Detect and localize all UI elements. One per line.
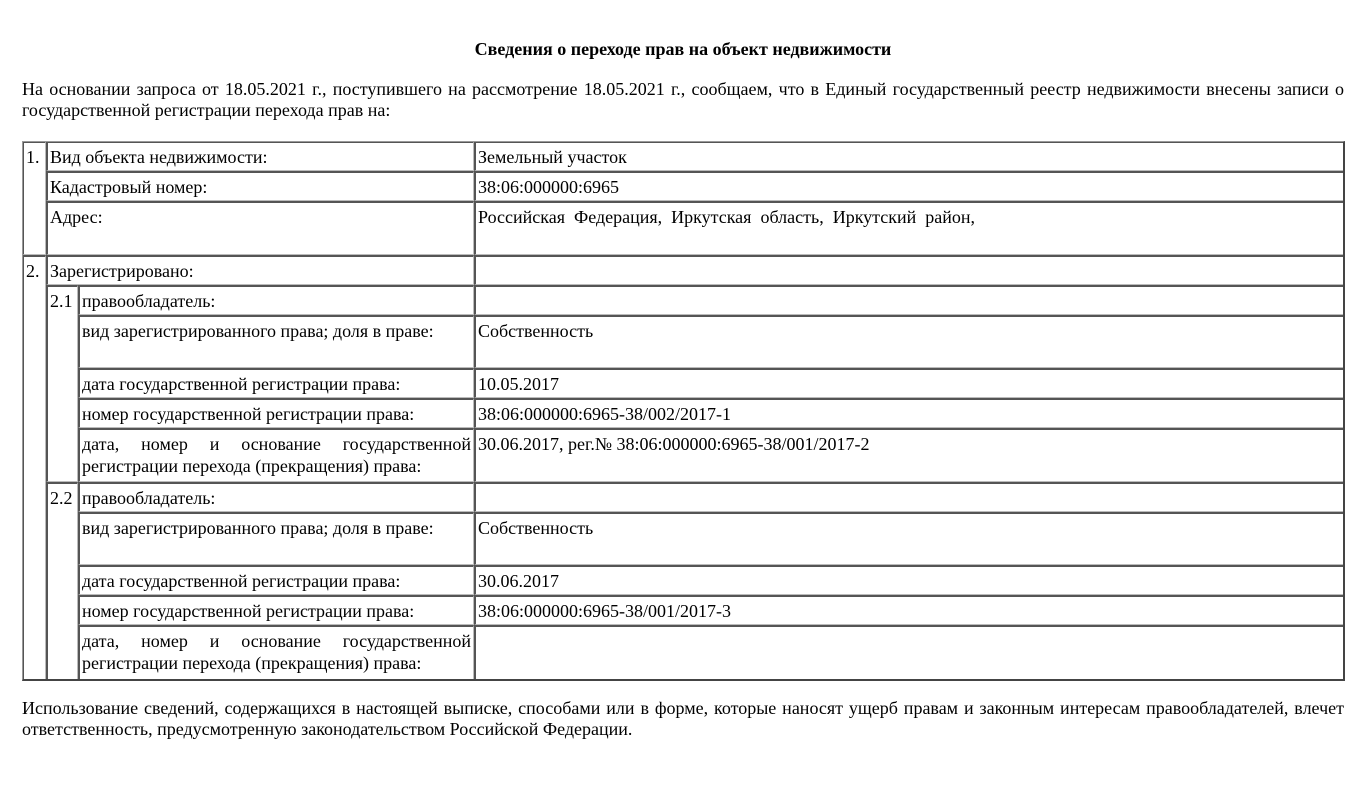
label-address: Адрес: <box>46 201 474 255</box>
value-registration-number: 38:06:000000:6965-38/001/2017-3 <box>474 595 1345 625</box>
label-transfer-basis: дата, номер и основание государственной … <box>78 625 474 680</box>
footer-disclaimer: Использование сведений, содержащихся в н… <box>22 698 1344 740</box>
label-right-type: вид зарегистрированного права; доля в пр… <box>78 315 474 368</box>
label-registered: Зарегистрировано: <box>46 255 474 285</box>
label-object-type: Вид объекта недвижимости: <box>46 141 474 171</box>
label-transfer-basis: дата, номер и основание государственной … <box>78 428 474 482</box>
label-registration-number: номер государственной регистрации права: <box>78 398 474 428</box>
value-rightholder <box>474 285 1345 315</box>
document-title: Сведения о переходе прав на объект недви… <box>0 38 1366 60</box>
value-object-type: Земельный участок <box>474 141 1345 171</box>
value-right-type: Собственность <box>474 512 1345 565</box>
label-cadastral-number: Кадастровый номер: <box>46 171 474 201</box>
value-cadastral-number: 38:06:000000:6965 <box>474 171 1345 201</box>
label-rightholder: правообладатель: <box>78 285 474 315</box>
section-number-1: 1. <box>22 141 46 255</box>
value-registration-date: 10.05.2017 <box>474 368 1345 398</box>
label-rightholder: правообладатель: <box>78 482 474 512</box>
value-rightholder <box>474 482 1345 512</box>
value-transfer-basis: 30.06.2017, рег.№ 38:06:000000:6965-38/0… <box>474 428 1345 482</box>
value-registration-number: 38:06:000000:6965-38/002/2017-1 <box>474 398 1345 428</box>
label-registration-date: дата государственной регистрации права: <box>78 565 474 595</box>
label-registration-date: дата государственной регистрации права: <box>78 368 474 398</box>
holder-number-2-2: 2.2 <box>46 482 78 680</box>
value-transfer-basis <box>474 625 1345 680</box>
holder-number-2-1: 2.1 <box>46 285 78 482</box>
label-right-type: вид зарегистрированного права; доля в пр… <box>78 512 474 565</box>
intro-paragraph: На основании запроса от 18.05.2021 г., п… <box>22 79 1344 121</box>
label-registration-number: номер государственной регистрации права: <box>78 595 474 625</box>
section-number-2: 2. <box>22 255 46 680</box>
value-registration-date: 30.06.2017 <box>474 565 1345 595</box>
value-registered <box>474 255 1345 285</box>
value-address: Российская Федерация, Иркутская область,… <box>474 201 1345 255</box>
value-right-type: Собственность <box>474 315 1345 368</box>
